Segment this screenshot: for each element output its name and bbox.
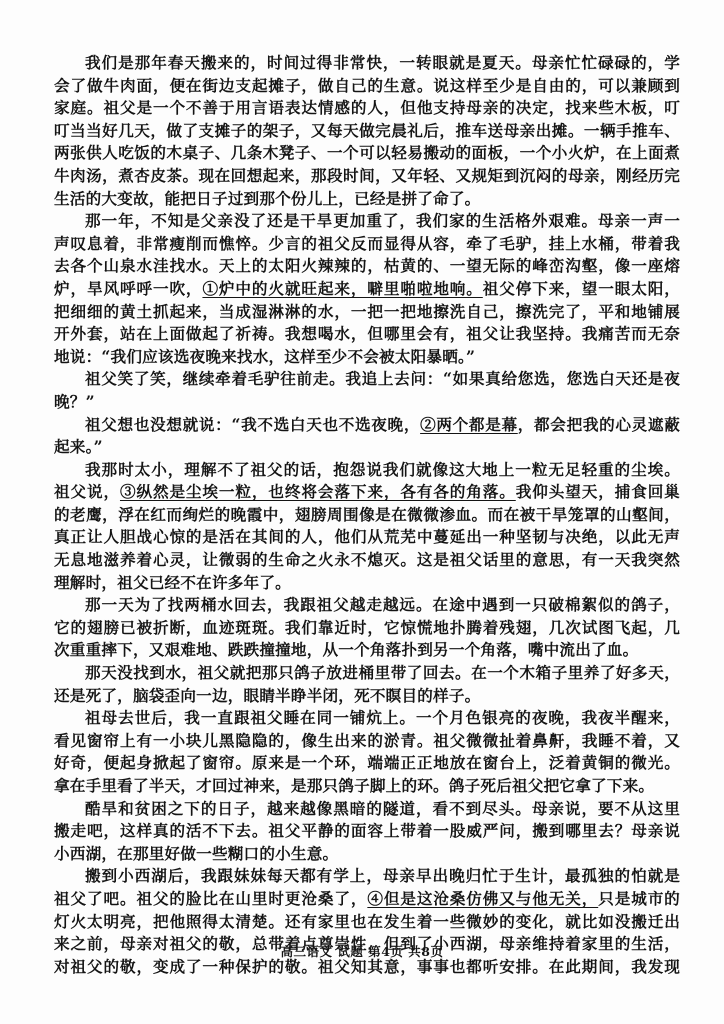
text-segment: 祖父了吧。祖父的脸比在山里时更沧桑了， xyxy=(54,889,367,908)
passage-line: 去各个山泉水洼找水。天上的太阳火辣辣的，枯黄的、一望无际的峰峦沟壑，像一座熔 xyxy=(54,255,680,278)
text-segment: 的老鹰，浮在红而绚烂的晚霞中，翅膀周围像是在微微渗血。而在被干旱笼罩的山壑间， xyxy=(54,505,680,524)
passage-line: 晚？” xyxy=(54,391,680,414)
passage-line: 牛肉汤，煮杏皮茶。现在回想起来，那段时间，又年轻、又规矩到沉闷的母亲，刚经历完 xyxy=(54,165,680,188)
underlined-sentence: ②两个都是幕 xyxy=(420,415,518,434)
text-segment: 那一年，不知是父亲没了还是干旱更加重了，我们家的生活格外艰难。母亲一声一 xyxy=(85,211,680,230)
underlined-sentence: ①炉中的火就旺起来，噼里啪啦地响。 xyxy=(202,279,482,298)
passage-line: 那天没找到水，祖父就把那只鸽子放进桶里带了回去。在一个木箱子里养了好多天， xyxy=(54,662,680,685)
text-segment: 酷旱和贫困之下的日子，越来越像黑暗的隧道，看不到尽头。母亲说，要不从这里 xyxy=(85,799,680,818)
text-segment: 我们是那年春天搬来的，时间过得非常快，一转眼就是夏天。母亲忙忙碌碌的，学 xyxy=(85,53,680,72)
passage-line: 好奇，便起身掀起了窗帘。原来是一个环，端端正正地放在窗台上，泛着黄铜的微光。 xyxy=(54,752,680,775)
passage-line: 我们是那年春天搬来的，时间过得非常快，一转眼就是夏天。母亲忙忙碌碌的，学 xyxy=(54,52,680,75)
passage-line: 两张供人吃饭的木桌子、几条木凳子、一个可以轻易搬动的面板，一个小火炉，在上面煮 xyxy=(54,142,680,165)
passage-line: 无息地滋养着心灵，让微弱的生命之火永不熄灭。这是祖父话里的意思，有一天我突然 xyxy=(54,549,680,572)
passage-line: 那一年，不知是父亲没了还是干旱更加重了，我们家的生活格外艰难。母亲一声一 xyxy=(54,210,680,233)
text-segment: 生活的大变故，能把日子过到那个份儿上，已经是拼了命了。 xyxy=(54,189,480,208)
passage-line: 会了做牛肉面，便在街边支起摊子，做自己的生意。说这样至少是自由的，可以兼顾到 xyxy=(54,75,680,98)
text-segment: 祖父说， xyxy=(54,482,120,501)
passage-line: 它的翅膀已被折断，血迹斑斑。我们靠近时，它惊慌地扑腾着残翅，几次试图飞起，几 xyxy=(54,617,680,640)
text-segment: 看见窗帘上有一小块儿黑隐隐的，像生出来的淤青。祖父微微扯着鼻鼾，我睡不着，又 xyxy=(54,731,680,750)
passage-line: 把细细的黄土抓起来，当成湿淋淋的水，一把一把地擦洗自己，擦洗完了，平和地铺展 xyxy=(54,301,680,324)
passage-line: 小西湖，在那里好做一些糊口的小生意。 xyxy=(54,843,680,866)
passage-line: 声叹息着，非常瘦削而憔悴。少言的祖父反而显得从容，牵了毛驴，挂上水桶，带着我 xyxy=(54,233,680,256)
passage-line: 开外套，站在上面做起了祈祷。我想喝水，但哪里会有，祖父让我坚持。我痛苦而无奈 xyxy=(54,323,680,346)
text-segment: 叮当当好几天，做了支摊子的架子，又每天做完晨礼后，推车送母亲出摊。一辆手推车、 xyxy=(54,121,680,140)
text-segment: 无息地滋养着心灵，让微弱的生命之火永不熄灭。这是祖父话里的意思，有一天我突然 xyxy=(54,550,680,569)
text-segment: 把细细的黄土抓起来，当成湿淋淋的水，一把一把地擦洗自己，擦洗完了，平和地铺展 xyxy=(54,302,680,321)
text-segment: 好奇，便起身掀起了窗帘。原来是一个环，端端正正地放在窗台上，泛着黄铜的微光。 xyxy=(54,753,680,772)
text-segment: 地说：“我们应该选夜晚来找水，这样至少不会被太阳暴晒。” xyxy=(54,347,475,366)
passage-line: 看见窗帘上有一小块儿黑隐隐的，像生出来的淤青。祖父微微扯着鼻鼾，我睡不着，又 xyxy=(54,730,680,753)
text-segment: 理解时，祖父已经不在许多年了。 xyxy=(54,573,291,592)
text-segment: 那一天为了找两桶水回去，我跟祖父越走越远。在途中遇到一只破棉絮似的鸽子， xyxy=(85,595,680,614)
passage-line: 地说：“我们应该选夜晚来找水，这样至少不会被太阳暴晒。” xyxy=(54,346,680,369)
passage-line: 我那时太小，理解不了祖父的话，抱怨说我们就像这大地上一粒无足轻重的尘埃。 xyxy=(54,459,680,482)
text-segment: 炉，旱风呼呼一吹， xyxy=(54,279,202,298)
text-segment: 声叹息着，非常瘦削而憔悴。少言的祖父反而显得从容，牵了毛驴，挂上水桶，带着我 xyxy=(54,234,680,253)
text-segment: 去各个山泉水洼找水。天上的太阳火辣辣的，枯黄的、一望无际的峰峦沟壑，像一座熔 xyxy=(54,256,680,275)
text-segment: 真正让人胆战心惊的是活在其间的人，他们从荒芜中蔓延出一种坚韧与决绝，以此无声 xyxy=(54,527,680,546)
passage-line: 叮当当好几天，做了支摊子的架子，又每天做完晨礼后，推车送母亲出摊。一辆手推车、 xyxy=(54,120,680,143)
text-segment: 晚？” xyxy=(54,392,95,411)
text-segment: 那天没找到水，祖父就把那只鸽子放进桶里带了回去。在一个木箱子里养了好多天， xyxy=(85,663,680,682)
text-segment: 搬走吧，这样真的活不下去。祖父平静的面容上带着一股威严问，搬到哪里去？母亲说 xyxy=(54,821,680,840)
passage-line: 次重重摔下，又艰难地、跌跌撞撞地，从一个角落扑到另一个角落，嘴中流出了血。 xyxy=(54,639,680,662)
passage-line: 祖父说，③纵然是尘埃一粒，也终将会落下来，各有各的角落。我仰头望天，捕食回巢 xyxy=(54,481,680,504)
passage-line: 搬走吧，这样真的活不下去。祖父平静的面容上带着一股威严问，搬到哪里去？母亲说 xyxy=(54,820,680,843)
passage-line: 祖父了吧。祖父的脸比在山里时更沧桑了，④但是这沧桑仿佛又与他无关，只是城市的 xyxy=(54,888,680,911)
text-segment: 我仰头望天，捕食回巢 xyxy=(516,482,680,501)
passage-line: 的老鹰，浮在红而绚烂的晚霞中，翅膀周围像是在微微渗血。而在被干旱笼罩的山壑间， xyxy=(54,504,680,527)
text-segment: 只是城市的 xyxy=(598,889,680,908)
text-segment: 祖父停下来，望一眼太阳， xyxy=(483,279,680,298)
passage-line: 生活的大变故，能把日子过到那个份儿上，已经是拼了命了。 xyxy=(54,188,680,211)
text-segment: 会了做牛肉面，便在街边支起摊子，做自己的生意。说这样至少是自由的，可以兼顾到 xyxy=(54,76,680,95)
page-footer: 高三语文 试题 第4页 共8页 xyxy=(0,942,724,960)
text-segment: 开外套，站在上面做起了祈祷。我想喝水，但哪里会有，祖父让我坚持。我痛苦而无奈 xyxy=(54,324,680,343)
text-segment: 祖母去世后，我一直跟祖父睡在同一铺炕上。一个月色银亮的夜晚，我夜半醒来， xyxy=(85,708,680,727)
text-segment: ，都会把我的心灵遮蔽 xyxy=(518,415,680,434)
text-segment: 搬到小西湖后，我跟妹妹每天都有学上，母亲早出晚归忙于生计，最孤独的怕就是 xyxy=(85,866,680,885)
passage-line: 起来。” xyxy=(54,436,680,459)
passage-line: 理解时，祖父已经不在许多年了。 xyxy=(54,572,680,595)
text-segment: 它的翅膀已被折断，血迹斑斑。我们靠近时，它惊慌地扑腾着残翅，几次试图飞起，几 xyxy=(54,618,680,637)
reading-passage: 我们是那年春天搬来的，时间过得非常快，一转眼就是夏天。母亲忙忙碌碌的，学会了做牛… xyxy=(54,52,680,978)
passage-line: 灯火太明亮，把他照得太清楚。还有家里也在发生着一些微妙的变化，就比如没搬迁出 xyxy=(54,911,680,934)
text-segment: 次重重摔下，又艰难地、跌跌撞撞地，从一个角落扑到另一个角落，嘴中流出了血。 xyxy=(54,640,638,659)
passage-line: 祖父笑了笑，继续牵着毛驴往前走。我追上去问：“如果真给您选，您选白天还是夜 xyxy=(54,368,680,391)
underlined-sentence: ④但是这沧桑仿佛又与他无关， xyxy=(367,889,598,908)
passage-line: 拿在手里看了半天，才回过神来，是那只鸽子脚上的环。鸽子死后祖父把它拿了下来。 xyxy=(54,775,680,798)
passage-line: 炉，旱风呼呼一吹，①炉中的火就旺起来，噼里啪啦地响。祖父停下来，望一眼太阳， xyxy=(54,278,680,301)
text-segment: 祖父想也没想就说：“我不选白天也不选夜晚， xyxy=(85,415,420,434)
text-segment: 祖父笑了笑，继续牵着毛驴往前走。我追上去问：“如果真给您选，您选白天还是夜 xyxy=(85,369,680,388)
text-segment: 起来。” xyxy=(54,437,103,456)
text-segment: 小西湖，在那里好做一些糊口的小生意。 xyxy=(54,844,338,863)
passage-line: 真正让人胆战心惊的是活在其间的人，他们从荒芜中蔓延出一种坚韧与决绝，以此无声 xyxy=(54,526,680,549)
text-segment: 拿在手里看了半天，才回过神来，是那只鸽子脚上的环。鸽子死后祖父把它拿了下来。 xyxy=(54,776,654,795)
passage-line: 祖父想也没想就说：“我不选白天也不选夜晚，②两个都是幕，都会把我的心灵遮蔽 xyxy=(54,414,680,437)
underlined-sentence: ③纵然是尘埃一粒，也终将会落下来，各有各的角落。 xyxy=(120,482,516,501)
passage-line: 祖母去世后，我一直跟祖父睡在同一铺炕上。一个月色银亮的夜晚，我夜半醒来， xyxy=(54,707,680,730)
text-segment: 我那时太小，理解不了祖父的话，抱怨说我们就像这大地上一粒无足轻重的尘埃。 xyxy=(85,460,680,479)
passage-line: 还是死了，脑袋歪向一边，眼睛半睁半闭，死不瞑目的样子。 xyxy=(54,685,680,708)
passage-line: 家庭。祖父是一个不善于用言语表达情感的人，但他支持母亲的决定，找来些木板，叮 xyxy=(54,97,680,120)
passage-line: 酷旱和贫困之下的日子，越来越像黑暗的隧道，看不到尽头。母亲说，要不从这里 xyxy=(54,798,680,821)
passage-line: 搬到小西湖后，我跟妹妹每天都有学上，母亲早出晚归忙于生计，最孤独的怕就是 xyxy=(54,865,680,888)
text-segment: 灯火太明亮，把他照得太清楚。还有家里也在发生着一些微妙的变化，就比如没搬迁出 xyxy=(54,912,680,931)
exam-page: 我们是那年春天搬来的，时间过得非常快，一转眼就是夏天。母亲忙忙碌碌的，学会了做牛… xyxy=(0,0,724,1024)
passage-line: 那一天为了找两桶水回去，我跟祖父越走越远。在途中遇到一只破棉絮似的鸽子， xyxy=(54,594,680,617)
text-segment: 还是死了，脑袋歪向一边，眼睛半睁半闭，死不瞑目的样子。 xyxy=(54,686,480,705)
text-segment: 两张供人吃饭的木桌子、几条木凳子、一个可以轻易搬动的面板，一个小火炉，在上面煮 xyxy=(54,143,680,162)
text-segment: 牛肉汤，煮杏皮茶。现在回想起来，那段时间，又年轻、又规矩到沉闷的母亲，刚经历完 xyxy=(54,166,680,185)
text-segment: 家庭。祖父是一个不善于用言语表达情感的人，但他支持母亲的决定，找来些木板，叮 xyxy=(54,98,680,117)
